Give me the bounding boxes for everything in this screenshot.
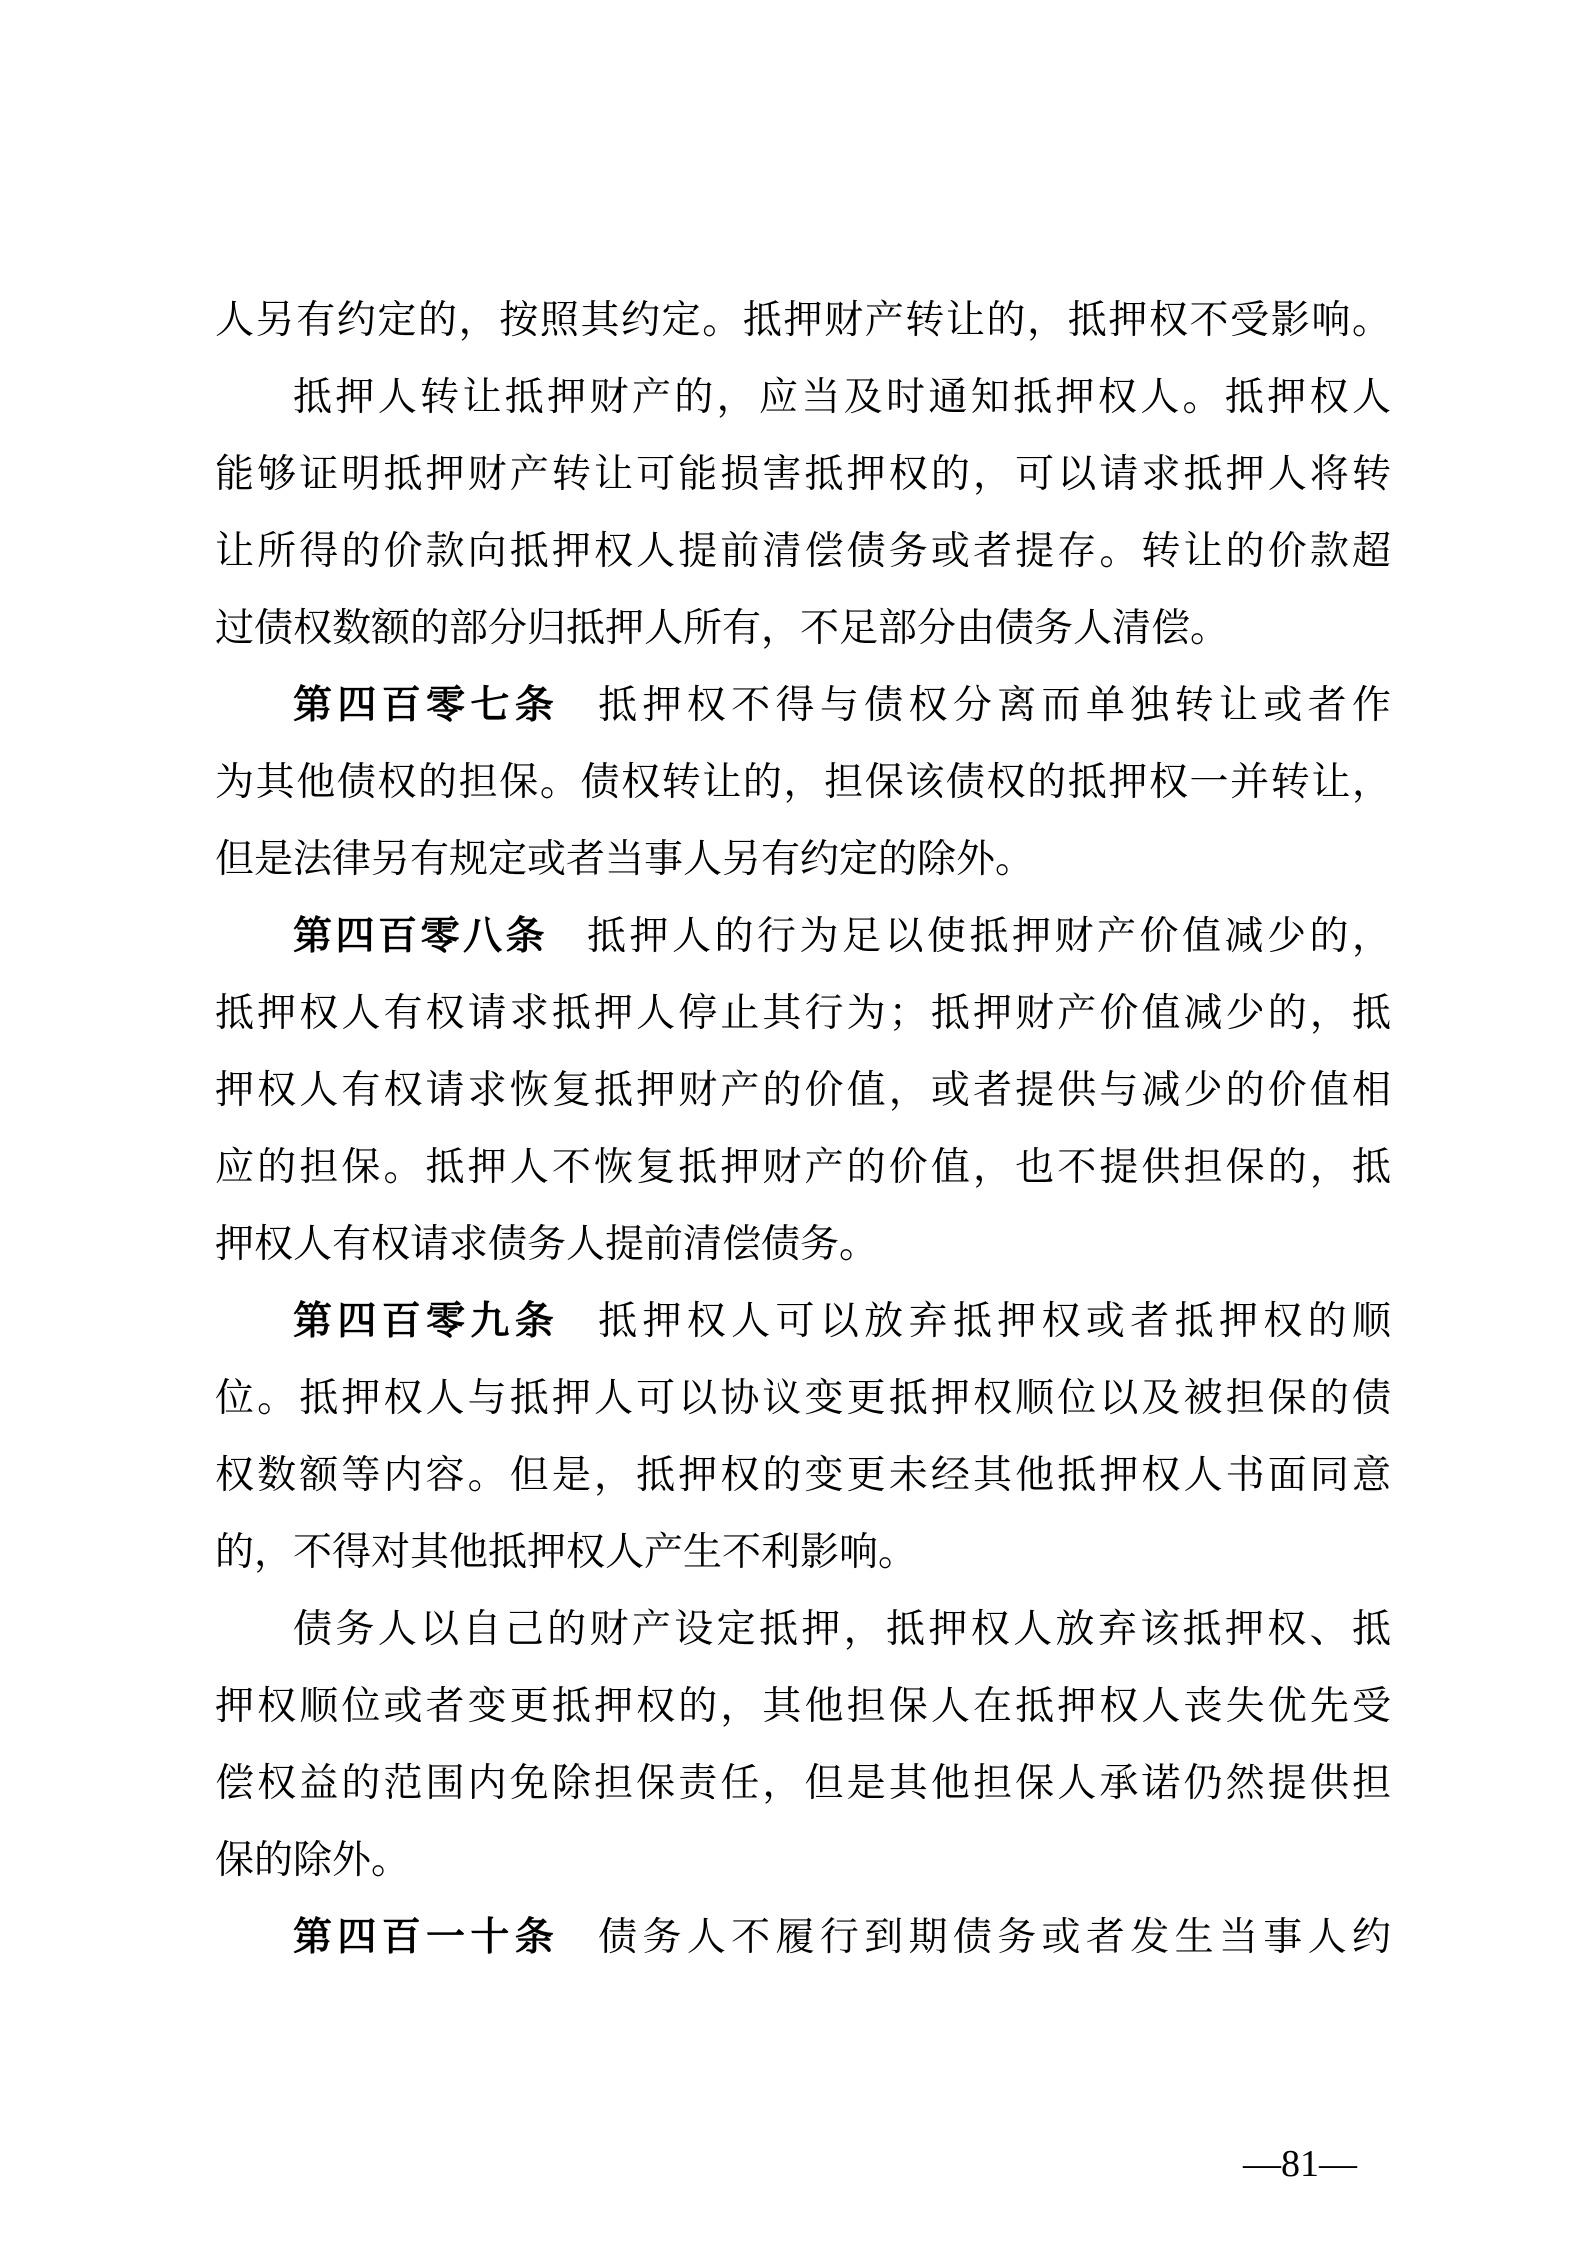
text-line: 但是法律另有规定或者当事人另有约定的除外。 — [215, 821, 1391, 898]
line-text: 人另有约定的，按照其约定。抵押财产转让的，抵押权不受影响。 — [215, 299, 1391, 342]
text-line: 抵押人转让抵押财产的，应当及时通知抵押权人。抵押权人 — [215, 359, 1391, 436]
line-text: 抵押权人可以放弃抵押权或者抵押权的顺 — [598, 1300, 1391, 1343]
text-line: 债务人以自己的财产设定抵押，抵押权人放弃该抵押权、抵 — [215, 1591, 1391, 1668]
text-line: 为其他债权的担保。债权转让的，担保该债权的抵押权一并转让， — [215, 744, 1391, 821]
text-line: 位。抵押权人与抵押人可以协议变更抵押权顺位以及被担保的债 — [215, 1360, 1391, 1437]
text-line: 第四百一十条债务人不履行到期债务或者发生当事人约 — [215, 1899, 1391, 1976]
page-number: —81— — [1243, 2140, 1357, 2188]
text-line: 押权人有权请求恢复抵押财产的价值，或者提供与减少的价值相 — [215, 1052, 1391, 1129]
text-line: 偿权益的范围内免除担保责任，但是其他担保人承诺仍然提供担 — [215, 1745, 1391, 1822]
text-line: 抵押权人有权请求抵押人停止其行为；抵押财产价值减少的，抵 — [215, 975, 1391, 1052]
line-text: 的，不得对其他抵押权人产生不利影响。 — [215, 1531, 917, 1574]
line-text: 债务人以自己的财产设定抵押，抵押权人放弃该抵押权、抵 — [293, 1608, 1391, 1651]
text-line: 第四百零七条抵押权不得与债权分离而单独转让或者作 — [215, 667, 1391, 744]
line-text: 抵押人的行为足以使抵押财产价值减少的， — [587, 915, 1391, 958]
article-number: 第四百零九条 — [293, 1300, 559, 1343]
text-line: 过债权数额的部分归抵押人所有，不足部分由债务人清偿。 — [215, 590, 1391, 667]
line-text: 权数额等内容。但是，抵押权的变更未经其他抵押权人书面同意 — [215, 1454, 1391, 1497]
line-text: 保的除外。 — [215, 1839, 410, 1882]
text-line: 应的担保。抵押人不恢复抵押财产的价值，也不提供担保的，抵 — [215, 1129, 1391, 1206]
text-line: 的，不得对其他抵押权人产生不利影响。 — [215, 1514, 1391, 1591]
line-text: 但是法律另有规定或者当事人另有约定的除外。 — [215, 838, 1034, 881]
line-text: 为其他债权的担保。债权转让的，担保该债权的抵押权一并转让， — [215, 761, 1391, 804]
line-text: 抵押权人有权请求抵押人停止其行为；抵押财产价值减少的，抵 — [215, 992, 1391, 1035]
article-number: 第四百一十条 — [293, 1916, 559, 1959]
line-text: 位。抵押权人与抵押人可以协议变更抵押权顺位以及被担保的债 — [215, 1377, 1391, 1420]
text-line: 让所得的价款向抵押权人提前清偿债务或者提存。转让的价款超 — [215, 513, 1391, 590]
line-text: 让所得的价款向抵押权人提前清偿债务或者提存。转让的价款超 — [215, 530, 1391, 573]
text-line: 第四百零八条抵押人的行为足以使抵押财产价值减少的， — [215, 898, 1391, 975]
text-block: 人另有约定的，按照其约定。抵押财产转让的，抵押权不受影响。抵押人转让抵押财产的，… — [215, 282, 1391, 1976]
line-text: 押权人有权请求恢复抵押财产的价值，或者提供与减少的价值相 — [215, 1069, 1391, 1112]
article-number: 第四百零七条 — [293, 684, 559, 727]
text-line: 能够证明抵押财产转让可能损害抵押权的，可以请求抵押人将转 — [215, 436, 1391, 513]
line-text: 押权顺位或者变更抵押权的，其他担保人在抵押权人丧失优先受 — [215, 1685, 1391, 1728]
line-text: 债务人不履行到期债务或者发生当事人约 — [598, 1916, 1391, 1959]
text-line: 押权人有权请求债务人提前清偿债务。 — [215, 1206, 1391, 1283]
document-page: 人另有约定的，按照其约定。抵押财产转让的，抵押权不受影响。抵押人转让抵押财产的，… — [0, 0, 1587, 2245]
text-line: 人另有约定的，按照其约定。抵押财产转让的，抵押权不受影响。 — [215, 282, 1391, 359]
line-text: 过债权数额的部分归抵押人所有，不足部分由债务人清偿。 — [215, 607, 1229, 650]
line-text: 应的担保。抵押人不恢复抵押财产的价值，也不提供担保的，抵 — [215, 1146, 1391, 1189]
line-text: 押权人有权请求债务人提前清偿债务。 — [215, 1223, 878, 1266]
line-text: 能够证明抵押财产转让可能损害抵押权的，可以请求抵押人将转 — [215, 453, 1391, 496]
line-text: 抵押人转让抵押财产的，应当及时通知抵押权人。抵押权人 — [293, 376, 1391, 419]
article-number: 第四百零八条 — [293, 915, 548, 958]
line-text: 偿权益的范围内免除担保责任，但是其他担保人承诺仍然提供担 — [215, 1762, 1391, 1805]
text-line: 第四百零九条抵押权人可以放弃抵押权或者抵押权的顺 — [215, 1283, 1391, 1360]
text-line: 权数额等内容。但是，抵押权的变更未经其他抵押权人书面同意 — [215, 1437, 1391, 1514]
text-line: 保的除外。 — [215, 1822, 1391, 1899]
text-line: 押权顺位或者变更抵押权的，其他担保人在抵押权人丧失优先受 — [215, 1668, 1391, 1745]
line-text: 抵押权不得与债权分离而单独转让或者作 — [598, 684, 1391, 727]
